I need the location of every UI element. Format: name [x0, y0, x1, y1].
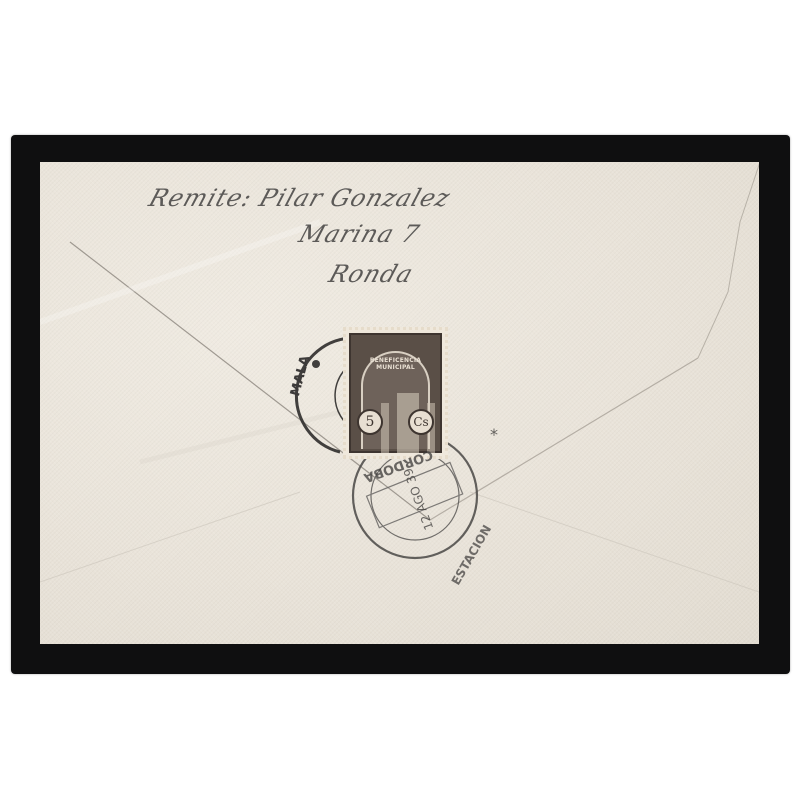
svg-text:*: *: [490, 425, 498, 444]
stamp-value: 5: [357, 409, 383, 435]
sender-line-3: Ronda: [325, 260, 417, 288]
mourning-envelope: * Remite: Pilar Gonzalez Marina 7 Ronda …: [11, 135, 790, 674]
postage-stamp: BENEFICENCIA MUNICIPAL 5 Cs: [343, 327, 448, 459]
sender-line-2: Marina 7: [295, 220, 423, 248]
envelope-back-paper: * Remite: Pilar Gonzalez Marina 7 Ronda …: [40, 162, 759, 644]
stamp-design: BENEFICENCIA MUNICIPAL 5 Cs: [349, 333, 442, 453]
stamp-unit: Cs: [408, 409, 434, 435]
stamp-column-left-icon: [381, 403, 389, 453]
stamp-inscription: BENEFICENCIA MUNICIPAL: [369, 357, 422, 371]
sender-line-1: Remite: Pilar Gonzalez: [145, 184, 454, 212]
